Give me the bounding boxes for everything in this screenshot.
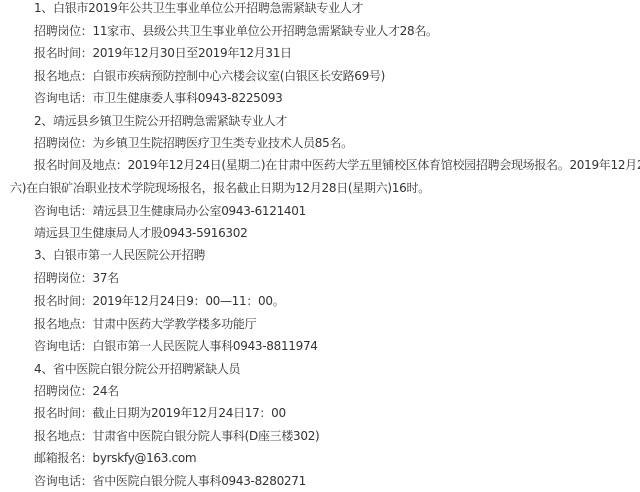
text-line: 报名时间及地点：2019年12月24日(星期二)在甘肃中医药大学五里铺校区体育馆… xyxy=(34,158,640,173)
text-line: 4、省中医院白银分院公开招聘紧缺人员 xyxy=(34,362,240,377)
text-line: 2、靖远县乡镇卫生院公开招聘急需紧缺专业人才 xyxy=(34,114,287,129)
text-line: 咨询电话：省中医院白银分院人事科0943-8280271 xyxy=(34,474,306,489)
text-line: 招聘岗位：24名 xyxy=(34,384,119,399)
text-line: 邮箱报名：byrskfy@163.com xyxy=(34,451,196,466)
text-line: 报名地点：白银市疾病预防控制中心六楼会议室(白银区长安路69号) xyxy=(34,69,385,84)
text-line: 报名时间：截止日期为2019年12月24日17：00 xyxy=(34,406,286,421)
text-line: 招聘岗位：11家市、县级公共卫生事业单位公开招聘急需紧缺专业人才28名。 xyxy=(34,24,438,39)
text-line: 报名时间：2019年12月24日9：00—11：00。 xyxy=(34,294,284,309)
text-line: 咨询电话：靖远县卫生健康局办公室0943-6121401 xyxy=(34,204,306,219)
text-line: 咨询电话：白银市第一人民医院人事科0943-8811974 xyxy=(34,339,318,354)
text-line: 报名时间：2019年12月30日至2019年12月31日 xyxy=(34,46,292,61)
text-line: 招聘岗位：37名 xyxy=(34,271,119,286)
text-line: 咨询电话：市卫生健康委人事科0943-8225093 xyxy=(34,91,283,106)
text-line: 招聘岗位：为乡镇卫生院招聘医疗卫生类专业技术人员85名。 xyxy=(34,136,353,151)
text-line: 靖远县卫生健康局人才股0943-5916302 xyxy=(34,226,247,241)
text-line: 六)在白银矿冶职业技术学院现场报名，报名截止日期为12月28日(星期六)16时。 xyxy=(10,181,430,196)
text-line: 1、白银市2019年公共卫生事业单位公开招聘急需紧缺专业人才 xyxy=(34,1,363,16)
text-line: 报名地点：甘肃省中医院白银分院人事科(D座三楼302) xyxy=(34,429,319,444)
text-line: 3、白银市第一人民医院公开招聘 xyxy=(34,248,205,263)
text-line: 报名地点：甘肃中医药大学教学楼多功能厅 xyxy=(34,317,256,332)
